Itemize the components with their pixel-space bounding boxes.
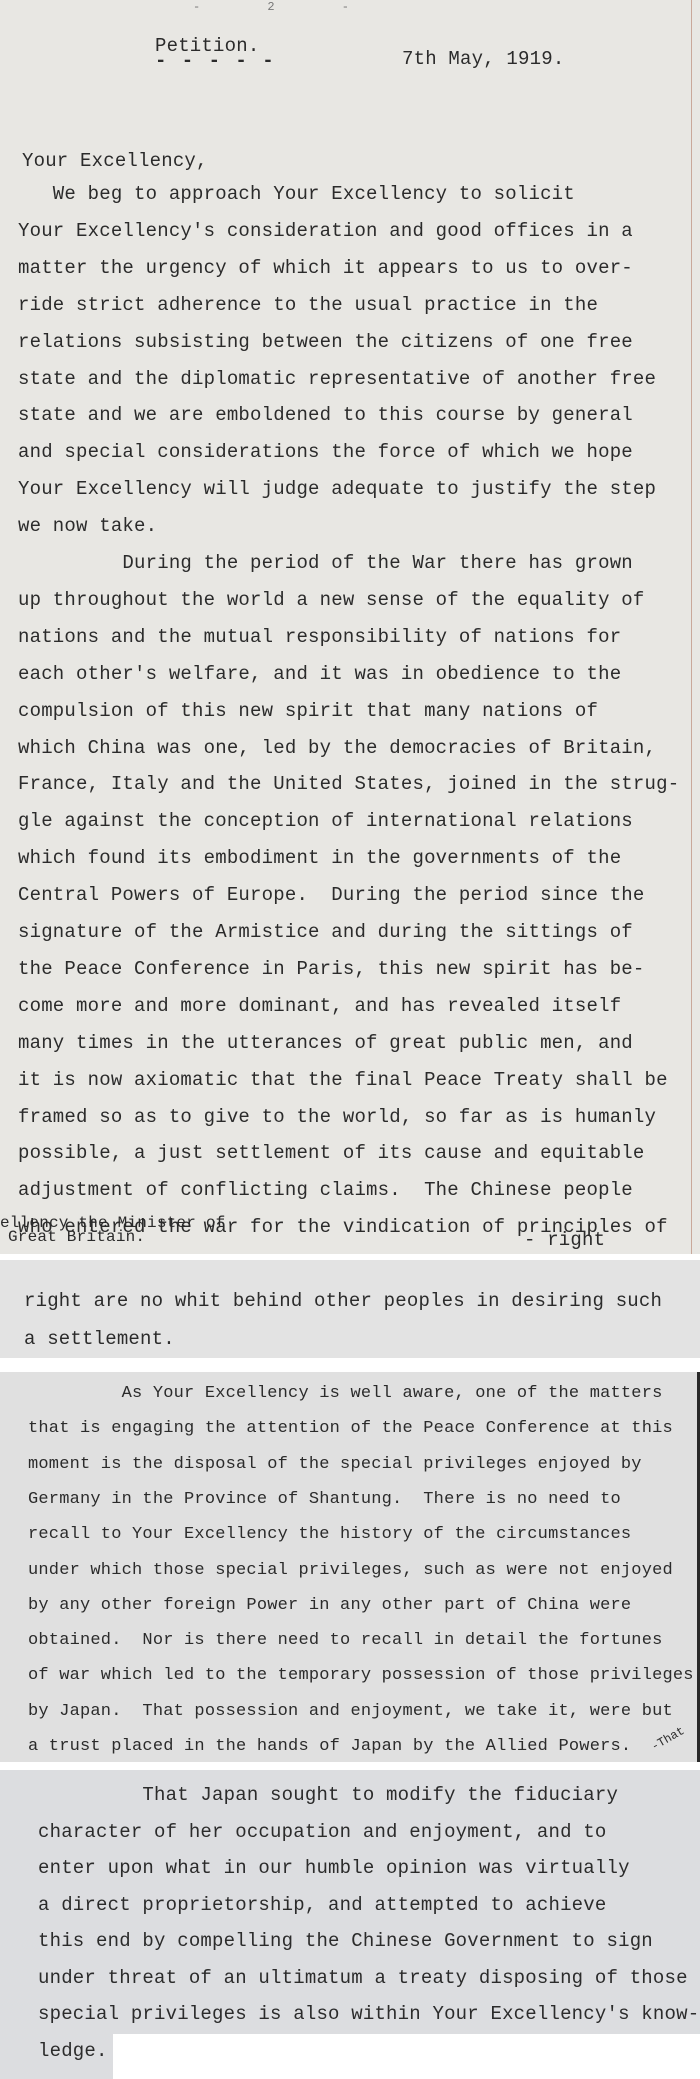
text-line: under threat of an ultimatum a treaty di… (38, 1967, 688, 1989)
addressee-line-2: Great Britain. (8, 1228, 145, 1246)
document-page-3-fragment: As Your Excellency is well aware, one of… (0, 1372, 700, 1762)
page-3-catchword: -That (649, 1724, 687, 1754)
text-line: gle against the conception of internatio… (18, 810, 633, 832)
text-line: Germany in the Province of Shantung. The… (28, 1490, 621, 1509)
catchword: - right (524, 1229, 605, 1251)
text-line: matter the urgency of which it appears t… (18, 257, 633, 279)
text-line: which found its embodiment in the govern… (18, 847, 621, 869)
text-line: state and we are emboldened to this cour… (18, 404, 633, 426)
document-page-4-fragment: That Japan sought to modify the fiduciar… (0, 1770, 700, 2079)
text-line: adjustment of conflicting claims. The Ch… (18, 1179, 633, 1201)
text-line: nations and the mutual responsibility of… (18, 626, 621, 648)
text-line: many times in the utterances of great pu… (18, 1032, 633, 1054)
text-line: moment is the disposal of the special pr… (28, 1455, 642, 1474)
text-line: obtained. Nor is there need to recall in… (28, 1631, 663, 1650)
text-line: compulsion of this new spirit that many … (18, 700, 598, 722)
text-line: special privileges is also within Your E… (38, 2003, 699, 2025)
text-line: signature of the Armistice and during th… (18, 921, 633, 943)
text-line: it is now axiomatic that the final Peace… (18, 1069, 668, 1091)
heading-underline: - - - - - (155, 50, 276, 72)
text-line: relations subsisting between the citizen… (18, 331, 633, 353)
text-line: recall to Your Excellency the history of… (28, 1525, 631, 1544)
text-line: enter upon what in our humble opinion wa… (38, 1857, 630, 1879)
text-line: which China was one, led by the democrac… (18, 737, 656, 759)
text-line: come more and more dominant, and has rev… (18, 995, 621, 1017)
text-line: of war which led to the temporary posses… (28, 1666, 694, 1685)
text-line: a direct proprietorship, and attempted t… (38, 1894, 607, 1916)
document-page-1: - 2 - Petition. - - - - - 7th May, 1919.… (0, 0, 700, 1254)
text-line: that is engaging the attention of the Pe… (28, 1419, 673, 1438)
text-line: ride strict adherence to the usual pract… (18, 294, 598, 316)
text-line: under which those special privileges, su… (28, 1561, 673, 1580)
text-line: France, Italy and the United States, joi… (18, 773, 679, 795)
text-line: As Your Excellency is well aware, one of… (28, 1384, 663, 1403)
text-line: framed so as to give to the world, so fa… (18, 1106, 656, 1128)
text-line: a settlement. (24, 1328, 175, 1350)
text-line: state and the diplomatic representative … (18, 368, 656, 390)
text-line: by any other foreign Power in any other … (28, 1596, 631, 1615)
text-line: ledge. (38, 2040, 108, 2062)
text-line: each other's welfare, and it was in obed… (18, 663, 621, 685)
blank-area (113, 2034, 700, 2079)
text-line: up throughout the world a new sense of t… (18, 589, 645, 611)
text-line: character of her occupation and enjoymen… (38, 1821, 607, 1843)
text-line: and special considerations the force of … (18, 441, 633, 463)
petition-date: 7th May, 1919. (402, 48, 564, 70)
text-line: Central Powers of Europe. During the per… (18, 884, 645, 906)
text-line: During the period of the War there has g… (18, 552, 633, 574)
text-line: we now take. (18, 515, 157, 537)
document-page-2-fragment: right are no whit behind other peoples i… (0, 1260, 700, 1358)
text-line: That Japan sought to modify the fiduciar… (38, 1784, 618, 1806)
text-line: the Peace Conference in Paris, this new … (18, 958, 645, 980)
text-line: Your Excellency will judge adequate to j… (18, 478, 656, 500)
text-line: by Japan. That possession and enjoyment,… (28, 1702, 673, 1721)
text-line: right are no whit behind other peoples i… (24, 1290, 662, 1312)
salutation: Your Excellency, (22, 150, 208, 172)
text-line: Your Excellency's consideration and good… (18, 220, 633, 242)
text-line: possible, a just settlement of its cause… (18, 1142, 645, 1164)
text-line: We beg to approach Your Excellency to so… (18, 183, 575, 205)
text-line: a trust placed in the hands of Japan by … (28, 1737, 631, 1756)
text-line: this end by compelling the Chinese Gover… (38, 1930, 653, 1952)
page-marker: - 2 - (193, 0, 379, 14)
